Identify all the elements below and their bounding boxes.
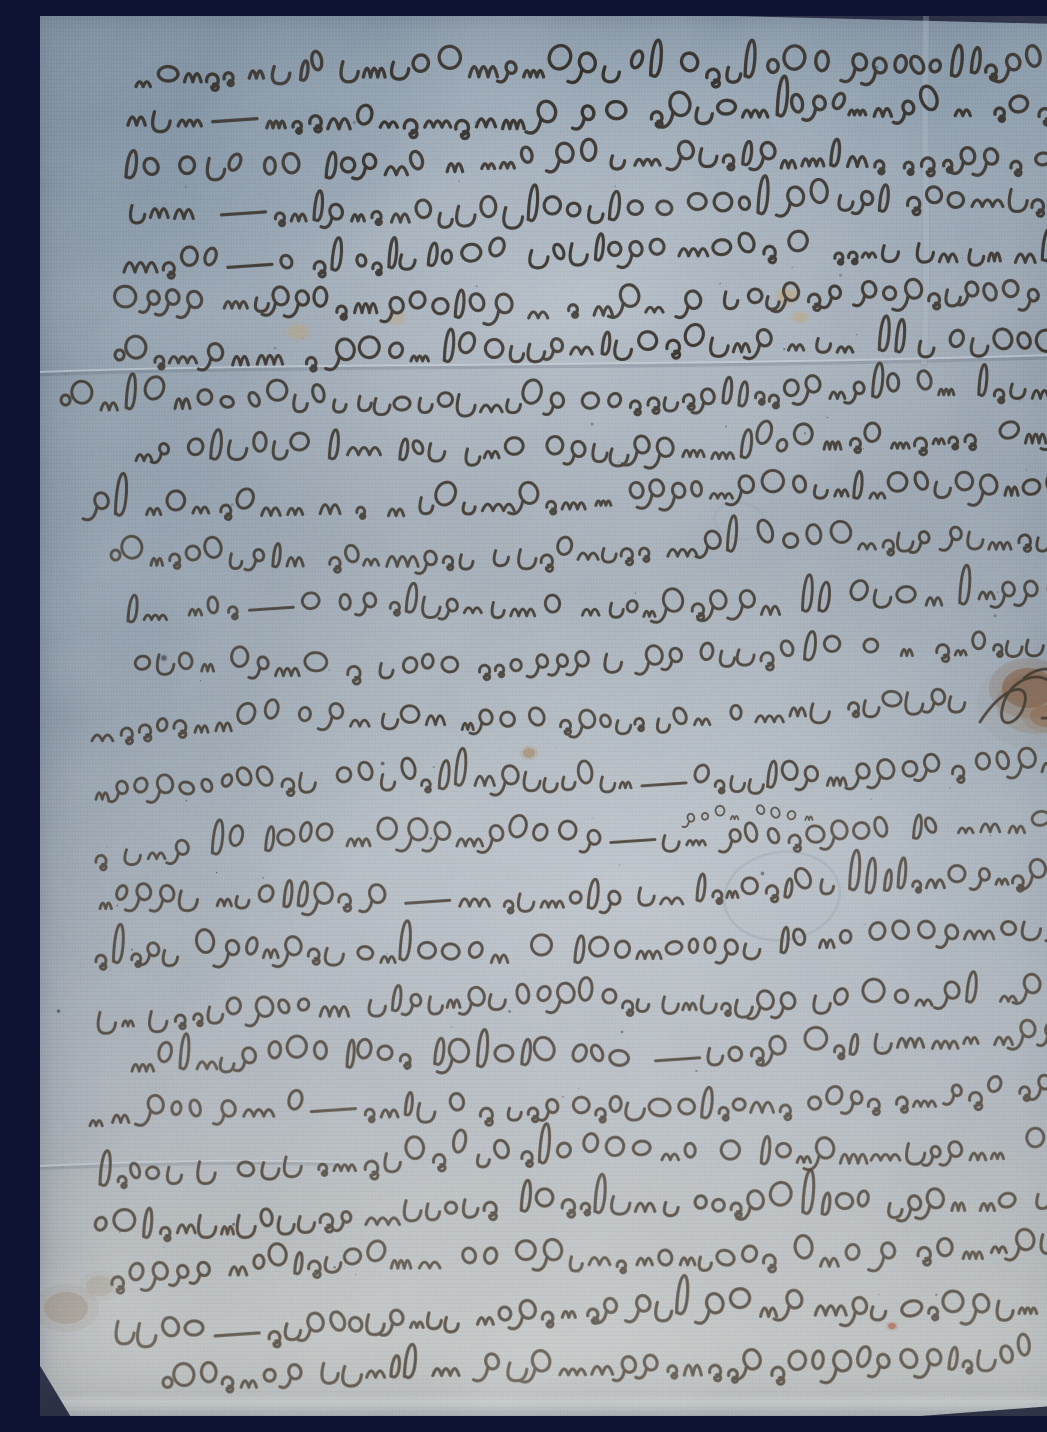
- paper-speck: [428, 74, 429, 75]
- handwritten-line-core: [111, 516, 1047, 574]
- handwritten-line-core: [163, 1334, 1029, 1392]
- handwritten-line-core: [124, 229, 1047, 278]
- paper-speck: [882, 1047, 883, 1048]
- handwritten-line: [116, 1276, 1047, 1347]
- paper-speck: [475, 121, 477, 123]
- paper-speck: [866, 295, 868, 297]
- paper-speck: [705, 75, 707, 77]
- paper-speck: [117, 905, 119, 907]
- paper-speck: [991, 707, 992, 708]
- handwritten-line: [130, 176, 1043, 228]
- paper-speck: [978, 72, 979, 73]
- handwritten-line-core: [132, 1020, 1047, 1073]
- stain: [44, 1292, 88, 1324]
- ink-bleedthrough-group: [711, 499, 845, 948]
- paper-speck: [792, 267, 793, 268]
- paper-speck: [614, 186, 616, 188]
- paper-speck: [131, 949, 133, 951]
- stain: [523, 748, 535, 758]
- stain: [288, 325, 308, 339]
- paper-speck: [333, 1266, 336, 1269]
- paper-speck: [578, 1088, 579, 1089]
- stain: [162, 656, 167, 661]
- paper-speck: [878, 1294, 879, 1295]
- handwritten-line-core: [126, 139, 1047, 179]
- paper-speck: [405, 1068, 407, 1070]
- stain: [888, 1323, 896, 1329]
- paper-speck: [231, 503, 234, 506]
- paper-speck: [200, 680, 201, 681]
- paper-speck: [851, 161, 852, 162]
- paper-speck: [163, 1246, 165, 1248]
- paper-speck: [870, 798, 871, 799]
- handwritten-line: [136, 421, 1047, 469]
- paper-speck: [635, 592, 636, 593]
- stain: [86, 1276, 114, 1296]
- paper-speck: [355, 1274, 356, 1275]
- paper-speck: [57, 1009, 60, 1012]
- handwritten-line-core: [100, 1124, 1047, 1188]
- handwritten-line-core: [128, 565, 1047, 622]
- handwritten-line-core: [116, 1276, 1047, 1347]
- handwritten-line-core: [98, 972, 1047, 1034]
- paper-speck: [274, 347, 277, 350]
- paper-speck: [997, 591, 999, 593]
- paper-speck: [381, 762, 385, 766]
- handwritten-line: [124, 229, 1047, 278]
- paper-speck: [65, 374, 66, 375]
- paper-speck: [783, 348, 785, 350]
- paper-speck: [875, 66, 878, 69]
- handwritten-line: [90, 1075, 1047, 1125]
- handwritten-line: [128, 565, 1047, 622]
- handwritten-line: [100, 1124, 1047, 1188]
- paper-speck: [591, 423, 594, 426]
- paper-speck: [804, 432, 806, 434]
- paper-speck: [741, 214, 742, 215]
- paper-speck: [990, 835, 991, 836]
- paper-speck: [508, 1010, 511, 1013]
- paper-speck: [576, 893, 577, 894]
- paper-speck: [994, 614, 997, 617]
- paper-speck: [619, 864, 621, 866]
- handwritten-line: [111, 516, 1047, 574]
- paper-speck: [433, 766, 435, 768]
- paper-speck: [578, 1272, 580, 1274]
- paper-speck: [618, 461, 619, 462]
- paper-speck: [719, 283, 721, 285]
- handwritten-line-core: [135, 632, 1047, 685]
- handwritten-text-group: [61, 40, 1047, 1392]
- paper-speck: [216, 872, 218, 874]
- paper-speck: [668, 93, 670, 95]
- paper-speck: [562, 1096, 564, 1098]
- handwritten-line-core: [95, 1170, 1047, 1241]
- paper-speck: [262, 877, 264, 879]
- handwritten-line: [83, 470, 1047, 519]
- paper-speck: [761, 872, 765, 876]
- manuscript-photo: [40, 16, 1047, 1416]
- paper-speck: [621, 1031, 624, 1034]
- handwritten-line: [92, 669, 1047, 744]
- paper-speck: [978, 541, 980, 543]
- paper-speck: [725, 425, 727, 427]
- handwritten-line: [135, 632, 1047, 685]
- handwritten-line: [96, 748, 1047, 802]
- paper-speck: [863, 448, 864, 449]
- paper-speck: [1019, 400, 1020, 401]
- paper-speck: [302, 337, 303, 338]
- handwritten-line: [128, 76, 1047, 138]
- paper-speck: [695, 1070, 697, 1072]
- handwritten-line: [112, 1229, 1047, 1293]
- paper-speck: [186, 800, 188, 802]
- paper-speck: [387, 953, 388, 954]
- handwritten-line: [136, 40, 1040, 90]
- handwritten-line-core: [90, 1075, 1047, 1125]
- paper-speck: [742, 294, 743, 295]
- paper-speck: [1035, 297, 1037, 299]
- handwritten-line-core: [112, 1229, 1047, 1293]
- paper-speck: [476, 285, 478, 287]
- paper-speck: [864, 924, 866, 926]
- paper-speck: [987, 872, 989, 874]
- paper-speck: [826, 417, 828, 419]
- handwriting-layer: [40, 16, 1047, 1416]
- paper-speck: [592, 817, 594, 819]
- handwritten-line-core: [96, 919, 1047, 969]
- stain: [793, 312, 807, 322]
- paper-speck: [949, 787, 950, 788]
- paper-speck: [430, 837, 433, 840]
- paper-speck: [185, 186, 187, 188]
- paper-speck: [458, 181, 459, 182]
- paper-speck: [328, 669, 330, 671]
- paper-speck: [106, 846, 107, 847]
- paper-speck: [856, 334, 857, 335]
- paper-speck: [733, 1298, 734, 1299]
- paper-speck: [962, 257, 963, 258]
- handwritten-line-core: [115, 279, 1039, 324]
- paper-speck: [232, 1223, 235, 1226]
- handwritten-line: [163, 1334, 1029, 1392]
- paper-speck: [119, 1231, 121, 1233]
- paper-speck: [839, 274, 842, 277]
- paper-speck: [353, 121, 357, 125]
- paper-speck: [451, 1026, 452, 1027]
- paper-speck: [935, 1294, 937, 1296]
- paper-speck: [1026, 469, 1027, 470]
